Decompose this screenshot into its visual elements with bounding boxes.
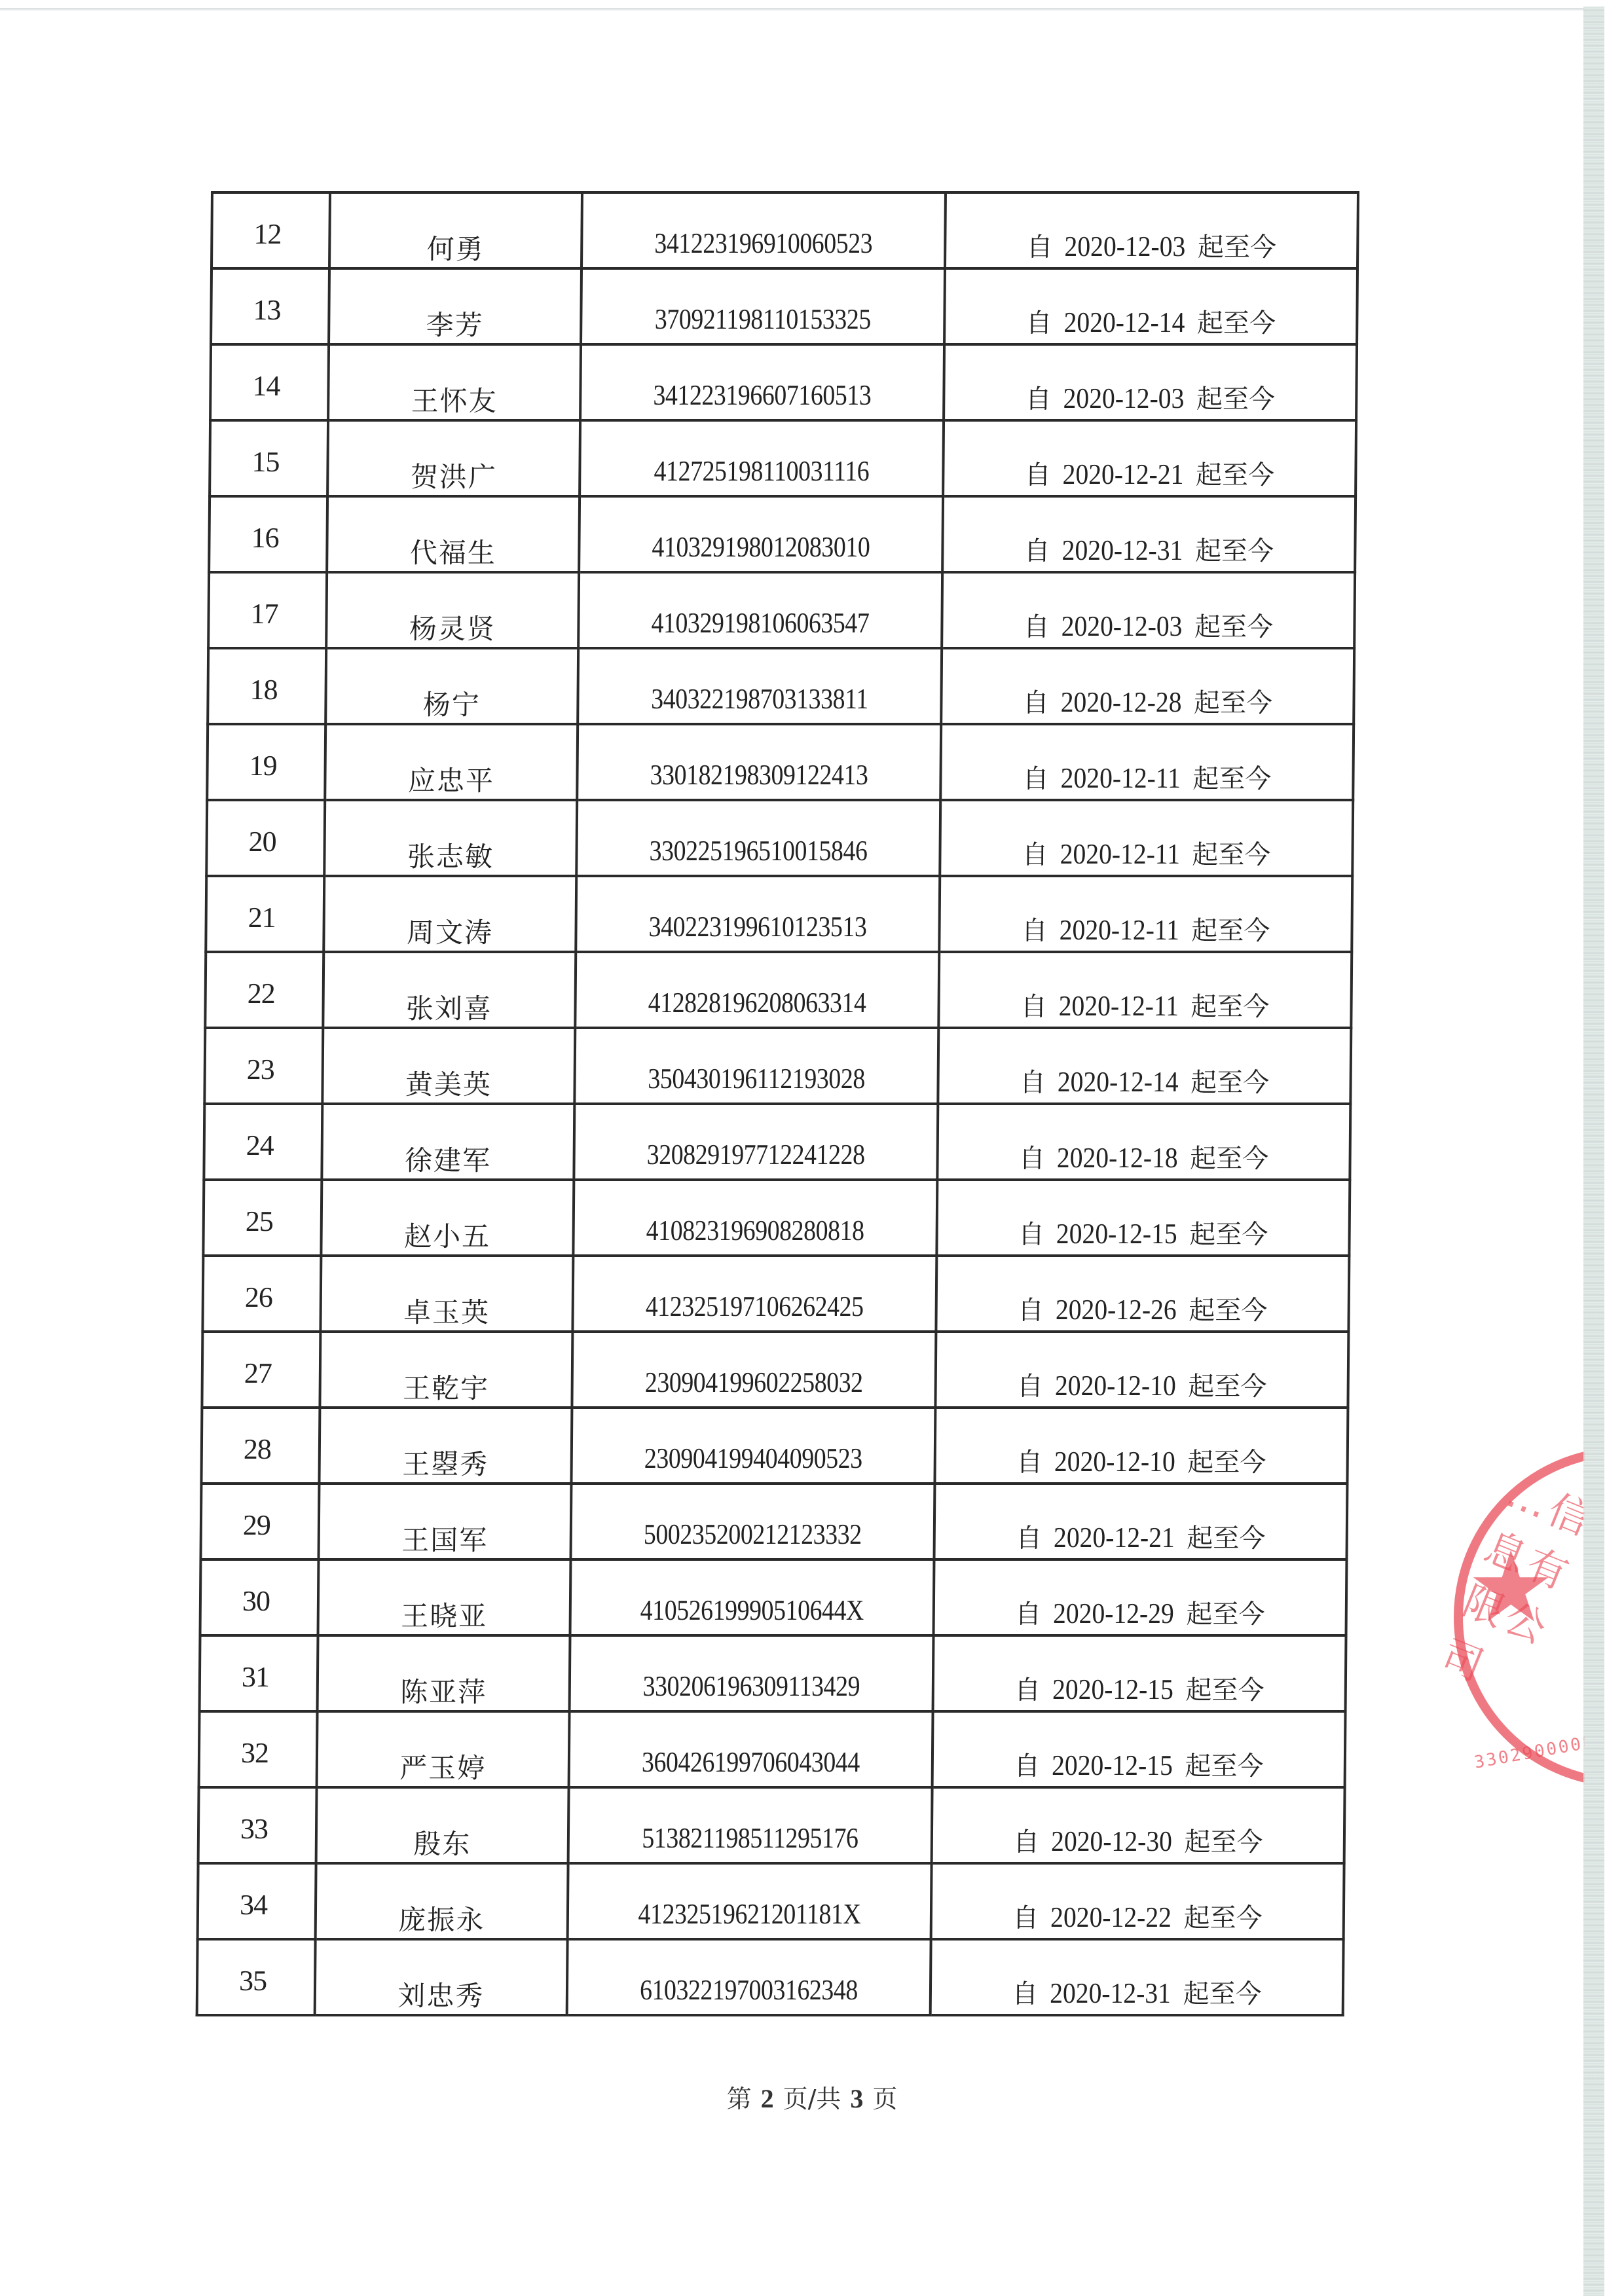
name-cell: 赵小五 [321, 1180, 574, 1256]
table-row: 26卓玉英412325197106262425自2020-12-26起至今 [202, 1256, 1349, 1332]
name-cell: 王乾宇 [320, 1332, 572, 1408]
since-suffix: 起至今 [1190, 992, 1269, 1022]
row-index-cell: 14 [210, 344, 329, 420]
id-number-cell: 412828196208063314 [575, 952, 939, 1028]
person-name: 严玉婷 [318, 1713, 568, 1786]
since-date: 2020-12-21 [1054, 1521, 1175, 1554]
row-index: 19 [208, 725, 324, 782]
since-date-text: 自2020-12-15起至今 [934, 1637, 1345, 1707]
since-suffix: 起至今 [1197, 308, 1276, 338]
since-date: 2020-12-15 [1056, 1217, 1177, 1250]
person-name: 陈亚萍 [319, 1637, 569, 1710]
name-cell: 贺洪广 [327, 420, 580, 496]
row-index-cell: 33 [198, 1787, 317, 1863]
person-name: 何勇 [331, 194, 581, 267]
since-date-cell: 自2020-12-03起至今 [942, 572, 1355, 648]
person-name: 黄美英 [323, 1029, 574, 1102]
row-index-cell: 30 [200, 1559, 319, 1635]
id-number-cell: 340223199610123513 [576, 876, 940, 952]
since-suffix: 起至今 [1198, 232, 1276, 263]
since-prefix: 自 [1020, 1068, 1046, 1098]
since-date: 2020-12-29 [1053, 1597, 1174, 1630]
since-suffix: 起至今 [1190, 1068, 1269, 1098]
row-index-cell: 15 [210, 420, 328, 496]
since-date-cell: 自2020-12-18起至今 [937, 1104, 1350, 1180]
since-date-text: 自2020-12-18起至今 [938, 1105, 1349, 1175]
since-suffix: 起至今 [1184, 1827, 1263, 1857]
row-index-cell: 26 [202, 1256, 321, 1332]
since-date: 2020-12-31 [1062, 534, 1183, 567]
id-number: 341223196910060523 [608, 194, 919, 260]
name-cell: 王国军 [318, 1484, 571, 1559]
since-prefix: 自 [1021, 916, 1047, 946]
id-number-cell: 350430196112193028 [574, 1028, 938, 1104]
name-cell: 王晓亚 [318, 1559, 571, 1635]
since-suffix: 起至今 [1195, 536, 1274, 566]
id-number-cell: 320829197712241228 [574, 1104, 938, 1180]
row-index-cell: 31 [200, 1635, 318, 1711]
person-name: 杨宁 [327, 649, 577, 723]
since-suffix: 起至今 [1190, 1144, 1268, 1174]
id-number-cell: 360426199706043044 [569, 1711, 933, 1787]
since-date: 2020-12-28 [1061, 685, 1182, 719]
person-name: 徐建军 [323, 1105, 573, 1178]
row-index-cell: 32 [199, 1711, 318, 1787]
since-date: 2020-12-11 [1059, 989, 1179, 1023]
table-row: 34庞振永41232519621201181X自2020-12-22起至今 [198, 1863, 1344, 1939]
since-date-cell: 自2020-12-11起至今 [940, 800, 1353, 876]
name-cell: 李芳 [329, 268, 581, 344]
id-number: 330206196309113429 [596, 1637, 907, 1703]
since-prefix: 自 [1018, 1296, 1044, 1326]
name-cell: 周文涛 [323, 876, 576, 952]
name-cell: 张志敏 [324, 800, 577, 876]
since-prefix: 自 [1025, 384, 1051, 414]
since-prefix: 自 [1025, 308, 1052, 338]
scan-page-edge [0, 8, 1585, 10]
row-index-cell: 13 [211, 268, 329, 344]
seal-ring [1454, 1447, 1585, 1787]
table-row: 29王国军500235200212123332自2020-12-21起至今 [200, 1484, 1347, 1559]
since-date: 2020-12-11 [1060, 913, 1180, 947]
name-cell: 卓玉英 [320, 1256, 573, 1332]
since-prefix: 自 [1016, 1523, 1042, 1554]
person-name: 代福生 [328, 498, 578, 571]
row-index: 31 [201, 1637, 317, 1694]
since-date: 2020-12-11 [1061, 761, 1181, 795]
name-cell: 张刘喜 [323, 952, 576, 1028]
since-date: 2020-12-14 [1064, 306, 1185, 339]
since-suffix: 起至今 [1183, 1979, 1261, 2009]
since-prefix: 自 [1018, 1220, 1044, 1250]
table-row: 20张志敏330225196510015846自2020-12-11起至今 [206, 800, 1353, 876]
person-name: 王乾宇 [321, 1333, 571, 1406]
id-number-cell: 41052619990510644X [570, 1559, 934, 1635]
since-date-cell: 自2020-12-30起至今 [932, 1787, 1345, 1863]
since-suffix: 起至今 [1186, 1599, 1264, 1630]
id-number: 320829197712241228 [600, 1105, 912, 1171]
row-index-cell: 27 [202, 1332, 320, 1408]
table-row: 16代福生410329198012083010自2020-12-31起至今 [209, 496, 1356, 572]
since-date-cell: 自2020-12-03起至今 [944, 344, 1357, 420]
row-index-cell: 25 [203, 1180, 322, 1256]
id-number-cell: 500235200212123332 [570, 1484, 934, 1559]
table-row: 12何勇341223196910060523自2020-12-03起至今 [212, 192, 1358, 268]
row-index: 16 [210, 498, 326, 555]
id-number: 410329198106063547 [605, 574, 916, 640]
id-number-cell: 412725198110031116 [580, 420, 944, 496]
since-date-text: 自2020-12-11起至今 [940, 953, 1350, 1023]
since-date-cell: 自2020-12-22起至今 [931, 1863, 1344, 1939]
table-row: 35刘忠秀610322197003162348自2020-12-31起至今 [197, 1939, 1344, 2015]
since-date-cell: 自2020-12-31起至今 [942, 496, 1356, 572]
id-number: 370921198110153325 [608, 270, 919, 336]
person-name: 李芳 [330, 270, 580, 343]
id-number-cell: 610322197003162348 [567, 1939, 931, 2015]
row-index: 35 [198, 1941, 314, 1997]
id-number-cell: 370921198110153325 [581, 268, 945, 344]
since-date-text: 自2020-12-31起至今 [944, 498, 1354, 568]
since-prefix: 自 [1025, 460, 1051, 490]
table-row: 27王乾宇230904199602258032自2020-12-10起至今 [202, 1332, 1348, 1408]
since-date: 2020-12-11 [1060, 837, 1181, 871]
name-cell: 黄美英 [322, 1028, 575, 1104]
since-date-cell: 自2020-12-03起至今 [945, 192, 1358, 268]
total-pages-number: 3 [850, 2084, 863, 2113]
since-prefix: 自 [1015, 1599, 1041, 1630]
id-number-cell: 230904199404090523 [571, 1408, 935, 1484]
row-index: 26 [204, 1257, 320, 1314]
since-prefix: 自 [1026, 232, 1052, 263]
table-row: 17杨灵贤410329198106063547自2020-12-03起至今 [208, 572, 1355, 648]
person-name: 应忠平 [326, 725, 576, 799]
since-date-cell: 自2020-12-11起至今 [940, 724, 1354, 800]
id-number-cell: 341223196607160513 [580, 344, 944, 420]
since-prefix: 自 [1019, 1144, 1045, 1174]
row-index-cell: 17 [208, 572, 327, 648]
name-cell: 刘忠秀 [315, 1939, 568, 2015]
id-number-cell: 410823196908280818 [573, 1180, 937, 1256]
id-number-cell: 41232519621201181X [568, 1863, 932, 1939]
since-prefix: 自 [1013, 1827, 1039, 1857]
table-row: 24徐建军320829197712241228自2020-12-18起至今 [204, 1104, 1350, 1180]
id-number: 41232519621201181X [594, 1865, 905, 1931]
row-index: 28 [203, 1409, 319, 1466]
page-footer: 第2页/共3页 [0, 2079, 1624, 2115]
since-suffix: 起至今 [1196, 460, 1274, 490]
person-name: 刘忠秀 [316, 1941, 566, 2014]
id-number-cell: 410329198012083010 [579, 496, 943, 572]
id-number-cell: 412325197106262425 [572, 1256, 936, 1332]
id-number-cell: 230904199602258032 [572, 1332, 936, 1408]
id-number: 412325197106262425 [599, 1257, 910, 1323]
scanner-edge-strip [1583, 7, 1604, 2296]
row-index-cell: 29 [200, 1484, 319, 1559]
table-row: 21周文涛340223199610123513自2020-12-11起至今 [206, 876, 1352, 952]
since-date-cell: 自2020-12-31起至今 [931, 1939, 1344, 2015]
table-row: 31陈亚萍330206196309113429自2020-12-15起至今 [200, 1635, 1346, 1711]
person-name: 贺洪广 [329, 422, 579, 495]
since-date: 2020-12-03 [1065, 230, 1186, 263]
since-date-text: 自2020-12-29起至今 [935, 1561, 1346, 1631]
since-date-cell: 自2020-12-21起至今 [934, 1484, 1347, 1559]
table-row: 32严玉婷360426199706043044自2020-12-15起至今 [199, 1711, 1346, 1787]
row-index-cell: 23 [204, 1028, 323, 1104]
row-index-cell: 18 [208, 648, 326, 724]
person-name: 张志敏 [325, 801, 576, 875]
since-prefix: 自 [1014, 1675, 1041, 1705]
person-name: 王曌秀 [320, 1409, 570, 1482]
name-cell: 何勇 [329, 192, 582, 268]
since-date: 2020-12-10 [1054, 1445, 1175, 1478]
since-prefix: 自 [1014, 1751, 1040, 1781]
since-prefix: 自 [1023, 688, 1049, 718]
person-name: 赵小五 [322, 1181, 572, 1254]
since-date-text: 自2020-12-14起至今 [946, 270, 1356, 340]
seal-text: …信息有限公司 [1434, 1461, 1585, 1719]
person-name: 殷东 [318, 1789, 568, 1862]
since-suffix: 起至今 [1183, 1903, 1262, 1933]
since-date-text: 自2020-12-21起至今 [936, 1485, 1346, 1555]
table-row: 22张刘喜412828196208063314自2020-12-11起至今 [205, 952, 1352, 1028]
id-number: 340223199610123513 [602, 877, 913, 943]
row-index: 32 [200, 1713, 316, 1770]
id-number-cell: 513821198511295176 [568, 1787, 932, 1863]
since-date-text: 自2020-12-03起至今 [945, 346, 1356, 416]
row-index: 20 [208, 801, 323, 858]
since-suffix: 起至今 [1194, 612, 1273, 642]
since-prefix: 自 [1022, 764, 1048, 794]
since-suffix: 起至今 [1185, 1675, 1264, 1705]
since-date: 2020-12-15 [1052, 1673, 1173, 1706]
since-date-text: 自2020-12-26起至今 [937, 1257, 1348, 1327]
id-number-cell: 330182198309122413 [577, 724, 941, 800]
row-index: 21 [207, 877, 323, 934]
since-prefix: 自 [1017, 1372, 1043, 1402]
row-index: 25 [205, 1181, 321, 1238]
since-suffix: 起至今 [1187, 1523, 1265, 1554]
name-cell: 代福生 [327, 496, 580, 572]
since-prefix: 自 [1016, 1448, 1043, 1478]
since-date-cell: 自2020-12-11起至今 [939, 876, 1352, 952]
since-date: 2020-12-14 [1058, 1065, 1179, 1099]
seal-star-icon: ★ [1467, 1545, 1552, 1630]
seal-code: 33029000087 [1473, 1730, 1585, 1772]
since-suffix: 起至今 [1191, 916, 1270, 946]
name-cell: 应忠平 [325, 724, 578, 800]
since-date-text: 自2020-12-21起至今 [944, 422, 1355, 492]
since-date-text: 自2020-12-03起至今 [946, 194, 1357, 264]
table-row: 23黄美英350430196112193028自2020-12-14起至今 [204, 1028, 1351, 1104]
row-index: 22 [207, 953, 323, 1010]
row-index-cell: 19 [207, 724, 325, 800]
name-cell: 王曌秀 [319, 1408, 572, 1484]
since-suffix: 起至今 [1188, 1372, 1266, 1402]
since-date-cell: 自2020-12-26起至今 [936, 1256, 1349, 1332]
person-name: 王国军 [320, 1485, 570, 1558]
since-date-text: 自2020-12-11起至今 [941, 801, 1352, 871]
row-index-cell: 20 [206, 800, 325, 876]
since-suffix: 起至今 [1185, 1751, 1263, 1781]
row-index: 15 [211, 422, 327, 479]
id-number-cell: 340322198703133811 [578, 648, 942, 724]
since-date-text: 自2020-12-11起至今 [940, 877, 1351, 947]
row-index: 13 [212, 270, 328, 327]
name-cell: 陈亚萍 [318, 1635, 570, 1711]
since-prefix: 自 [1012, 1979, 1038, 2009]
id-number: 230904199404090523 [598, 1409, 909, 1475]
since-suffix: 起至今 [1192, 764, 1271, 794]
since-date-cell: 自2020-12-15起至今 [932, 1711, 1346, 1787]
table-row: 19应忠平330182198309122413自2020-12-11起至今 [207, 724, 1354, 800]
footer-prefix: 第 [727, 2085, 752, 2113]
since-date-text: 自2020-12-10起至今 [936, 1409, 1347, 1479]
since-date-cell: 自2020-12-11起至今 [938, 952, 1352, 1028]
person-name: 杨灵贤 [327, 574, 578, 647]
footer-suffix: 页 [872, 2085, 897, 2113]
id-number: 350430196112193028 [601, 1029, 912, 1095]
row-index: 24 [206, 1105, 322, 1162]
since-date-text: 自2020-12-15起至今 [938, 1181, 1348, 1251]
since-suffix: 起至今 [1194, 688, 1272, 718]
id-number: 410329198012083010 [606, 498, 917, 564]
table-row: 13李芳370921198110153325自2020-12-14起至今 [211, 268, 1357, 344]
current-page-number: 2 [761, 2084, 774, 2113]
person-name: 王怀友 [329, 346, 580, 419]
since-date: 2020-12-03 [1061, 610, 1183, 643]
since-date-cell: 自2020-12-21起至今 [943, 420, 1356, 496]
since-date-cell: 自2020-12-14起至今 [944, 268, 1357, 344]
since-suffix: 起至今 [1189, 1296, 1267, 1326]
row-index-cell: 12 [212, 192, 330, 268]
since-date: 2020-12-22 [1050, 1901, 1172, 1934]
table-row: 14王怀友341223196607160513自2020-12-03起至今 [210, 344, 1357, 420]
table-row: 18杨宁340322198703133811自2020-12-28起至今 [208, 648, 1354, 724]
id-number: 360426199706043044 [595, 1713, 906, 1779]
since-date: 2020-12-18 [1057, 1141, 1178, 1175]
since-date-cell: 自2020-12-14起至今 [938, 1028, 1351, 1104]
since-date: 2020-12-03 [1063, 382, 1185, 415]
since-prefix: 自 [1012, 1903, 1039, 1933]
since-suffix: 起至今 [1192, 840, 1270, 870]
name-cell: 徐建军 [322, 1104, 574, 1180]
since-suffix: 起至今 [1187, 1448, 1266, 1478]
id-number: 410823196908280818 [600, 1181, 911, 1247]
row-index: 23 [206, 1029, 322, 1086]
person-name: 卓玉英 [322, 1257, 572, 1330]
row-index: 30 [202, 1561, 318, 1618]
since-date-text: 自2020-12-22起至今 [932, 1865, 1343, 1935]
name-cell: 殷东 [316, 1787, 569, 1863]
table-row: 30王晓亚41052619990510644X自2020-12-29起至今 [200, 1559, 1347, 1635]
since-date: 2020-12-26 [1056, 1293, 1177, 1326]
id-number: 412725198110031116 [606, 422, 917, 488]
id-number: 340322198703133811 [604, 649, 915, 716]
footer-middle: 页/共 [783, 2085, 841, 2113]
name-cell: 杨灵贤 [326, 572, 579, 648]
row-index-cell: 21 [206, 876, 324, 952]
id-number-cell: 330206196309113429 [570, 1635, 934, 1711]
name-cell: 严玉婷 [317, 1711, 570, 1787]
since-date-cell: 自2020-12-15起至今 [936, 1180, 1350, 1256]
since-prefix: 自 [1021, 992, 1047, 1022]
since-prefix: 自 [1024, 536, 1050, 566]
id-number-cell: 341223196910060523 [581, 192, 946, 268]
since-date-text: 自2020-12-03起至今 [943, 574, 1354, 644]
id-number-cell: 410329198106063547 [578, 572, 942, 648]
since-suffix: 起至今 [1189, 1220, 1268, 1250]
person-name: 王晓亚 [320, 1561, 570, 1634]
id-number-cell: 330225196510015846 [576, 800, 940, 876]
since-prefix: 自 [1022, 840, 1048, 870]
row-index-cell: 34 [198, 1863, 316, 1939]
since-date-cell: 自2020-12-28起至今 [941, 648, 1354, 724]
row-index: 33 [200, 1789, 316, 1846]
name-cell: 庞振永 [316, 1863, 568, 1939]
row-index-cell: 24 [204, 1104, 322, 1180]
id-number: 230904199602258032 [599, 1333, 910, 1399]
row-index: 18 [209, 649, 325, 706]
person-name: 周文涛 [325, 877, 575, 951]
since-date-text: 自2020-12-28起至今 [942, 649, 1353, 720]
since-date-cell: 自2020-12-15起至今 [933, 1635, 1346, 1711]
since-suffix: 起至今 [1196, 384, 1275, 414]
id-number: 330182198309122413 [604, 725, 915, 792]
person-name: 张刘喜 [324, 953, 574, 1027]
since-date: 2020-12-31 [1050, 1977, 1171, 2010]
employee-roster-table: 12何勇341223196910060523自2020-12-03起至今13李芳… [196, 191, 1359, 2016]
row-index-cell: 35 [197, 1939, 316, 2015]
row-index-cell: 16 [209, 496, 327, 572]
since-date-text: 自2020-12-31起至今 [932, 1941, 1342, 2011]
row-index: 17 [210, 574, 325, 630]
since-date: 2020-12-30 [1051, 1825, 1172, 1858]
since-date-cell: 自2020-12-10起至今 [934, 1408, 1348, 1484]
id-number: 41052619990510644X [597, 1561, 908, 1627]
table-row: 28王曌秀230904199404090523自2020-12-10起至今 [201, 1408, 1348, 1484]
id-number: 610322197003162348 [593, 1941, 904, 2007]
table-row: 15贺洪广412725198110031116自2020-12-21起至今 [210, 420, 1356, 496]
since-date-cell: 自2020-12-29起至今 [934, 1559, 1347, 1635]
row-index: 12 [213, 194, 329, 251]
name-cell: 杨宁 [325, 648, 578, 724]
since-date-text: 自2020-12-30起至今 [933, 1789, 1344, 1859]
row-index: 14 [212, 346, 327, 403]
id-number: 330225196510015846 [603, 801, 914, 867]
since-date-text: 自2020-12-11起至今 [942, 725, 1352, 795]
row-index: 34 [199, 1865, 315, 1922]
row-index-cell: 28 [201, 1408, 320, 1484]
since-date-text: 自2020-12-14起至今 [939, 1029, 1350, 1099]
row-index: 29 [202, 1485, 318, 1542]
name-cell: 王怀友 [328, 344, 581, 420]
since-date-text: 自2020-12-15起至今 [934, 1713, 1344, 1783]
table-row: 25赵小五410823196908280818自2020-12-15起至今 [203, 1180, 1350, 1256]
row-index: 27 [204, 1333, 320, 1390]
since-date-text: 自2020-12-10起至今 [936, 1333, 1347, 1403]
employee-table-container: 12何勇341223196910060523自2020-12-03起至今13李芳… [196, 191, 1357, 2016]
since-prefix: 自 [1024, 612, 1050, 642]
table-row: 33殷东513821198511295176自2020-12-30起至今 [198, 1787, 1345, 1863]
since-date: 2020-12-15 [1052, 1749, 1173, 1782]
id-number: 513821198511295176 [595, 1789, 906, 1855]
since-date: 2020-12-10 [1055, 1369, 1176, 1402]
row-index-cell: 22 [205, 952, 323, 1028]
id-number: 412828196208063314 [602, 953, 913, 1019]
roster-body: 12何勇341223196910060523自2020-12-03起至今13李芳… [197, 192, 1358, 2015]
person-name: 庞振永 [317, 1865, 567, 1938]
since-date-cell: 自2020-12-10起至今 [935, 1332, 1348, 1408]
